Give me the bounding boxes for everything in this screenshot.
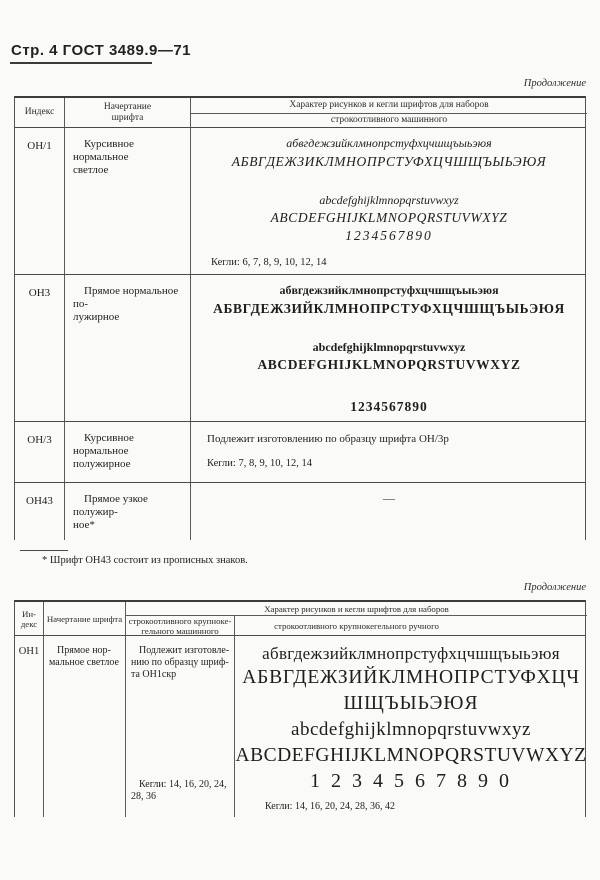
specimen-latin-uppercase: ABCDEFGHIJKLMNOPQRSTUVWXYZ bbox=[271, 209, 508, 226]
table1-continuation-label: Продолжение bbox=[524, 78, 586, 89]
specimen-cyrillic-uppercase-1: АБВГДЕЖЗИЙКЛМНОПРСТУФХЦЧ bbox=[242, 665, 580, 691]
document-page: Стр. 4 ГОСТ 3489.9—71 Продолжение Индекс… bbox=[0, 0, 600, 880]
table2-header-sub-hand: строкоотливного крупнокегельного ручного bbox=[235, 616, 478, 635]
specimen-cyrillic-lowercase: абвгдежзийклмнопрстуфхцчшщъыьэюя bbox=[286, 136, 491, 151]
row2-on1-index: ОН1 bbox=[15, 636, 44, 817]
table-row: ОН1 Прямое нор- мальное светлое Подлежит… bbox=[15, 635, 585, 817]
specimen-digits: 1234567890 bbox=[350, 399, 428, 414]
specimen-latin-uppercase: ABCDEFGHIJKLMNOPQRSTUVWXYZ bbox=[235, 743, 586, 768]
row2-on1-specimens: абвгдежзийклмнопрстуфхцчшщъыьэюя АБВГДЕЖ… bbox=[235, 636, 587, 817]
table2-header-character-span: Характер рисунков и кегли шрифтов для на… bbox=[126, 602, 587, 616]
table-row: ОН/3 Курсивное нормальное полужирное Под… bbox=[15, 421, 585, 482]
row-on1-sizes: Кегли: 6, 7, 8, 9, 10, 12, 14 bbox=[191, 257, 326, 268]
table2-header-row: Ин- декс Начертание шрифта Характер рису… bbox=[15, 602, 585, 635]
row2-on1-machine-note: Подлежит изготовле- нию по образцу шриф-… bbox=[126, 636, 234, 681]
table1-header-index: Индекс bbox=[15, 98, 65, 127]
specimen-cyrillic-uppercase: АБВГДЕЖЗИКЛМНОПРСТУФХЦЧШЩЪЫЬЭЮЯ bbox=[232, 153, 546, 170]
specimen-cyrillic-lowercase: абвгдежзийклмнопрстуфхцчшщъыьэюя bbox=[279, 283, 498, 298]
table-row: ОН3 Прямое нормальное по- лужирное абвгд… bbox=[15, 274, 585, 421]
row-on3-specimens: абвгдежзийклмнопрстуфхцчшщъыьэюя АБВГДЕЖ… bbox=[191, 275, 587, 421]
page-title: Стр. 4 ГОСТ 3489.9—71 bbox=[11, 42, 191, 59]
table-row: ОН/1 Курсивное нормальное светлое абвгде… bbox=[15, 127, 585, 274]
row-on1-typeface: Курсивное нормальное светлое bbox=[65, 128, 191, 274]
row-on1-index: ОН/1 bbox=[15, 128, 65, 274]
specimen-digits: 1 2 3 4 5 6 7 8 9 0 bbox=[310, 768, 512, 794]
row-on-slash-3-typeface: Курсивное нормальное полужирное bbox=[65, 422, 191, 482]
row2-on1-machine-sizes: Кегли: 14, 16, 20, 24, 28, 36 bbox=[131, 779, 226, 803]
table2-header-subcolumns: строкоотливного крупноке- гельного машин… bbox=[126, 616, 587, 635]
row-on43-index: ОН43 bbox=[15, 483, 65, 540]
table1-header-typeface: Начертание шрифта bbox=[65, 98, 191, 127]
table2-header-character: Характер рисунков и кегли шрифтов для на… bbox=[126, 602, 587, 635]
row2-on1-machine-cell: Подлежит изготовле- нию по образцу шриф-… bbox=[126, 636, 235, 817]
row-on3-typeface: Прямое нормальное по- лужирное bbox=[65, 275, 191, 421]
row-on1-specimens: абвгдежзийклмнопрстуфхцчшщъыьэюя АБВГДЕЖ… bbox=[191, 128, 587, 274]
specimen-cyrillic-uppercase: АБВГДЕЖЗИЙКЛМНОПРСТУФХЦЧШЩЪЫЬЭЮЯ bbox=[213, 300, 565, 317]
row-on3-index: ОН3 bbox=[15, 275, 65, 421]
table1-header-row: Индекс Начертание шрифта Характер рисунк… bbox=[15, 98, 585, 127]
table-row: ОН43 Прямое узкое полужир- ное* — bbox=[15, 482, 585, 540]
row-on43-typeface: Прямое узкое полужир- ное* bbox=[65, 483, 191, 540]
table1-header-character-span: Характер рисунков и кегли шрифтов для на… bbox=[191, 98, 587, 114]
specimen-cyrillic-lowercase: абвгдежзийклмнопрстуфхцчшщъыьэюя bbox=[262, 642, 560, 665]
page-title-underline bbox=[10, 62, 152, 64]
row2-on1-typeface: Прямое нор- мальное светлое bbox=[44, 636, 126, 817]
table1: Индекс Начертание шрифта Характер рисунк… bbox=[14, 96, 586, 540]
specimen-cyrillic-uppercase-2: ШЩЪЫЬЭЮЯ bbox=[344, 691, 479, 717]
table2-continuation-label: Продолжение bbox=[524, 582, 586, 593]
row-on43-empty-dash: — bbox=[191, 483, 587, 540]
row-on-slash-3-note: Подлежит изготовлению по образцу шрифта … bbox=[207, 433, 579, 445]
row-on-slash-3-index: ОН/3 bbox=[15, 422, 65, 482]
table2-header-index: Ин- декс bbox=[15, 602, 44, 635]
row-on-slash-3-sizes: Кегли: 7, 8, 9, 10, 12, 14 bbox=[207, 458, 579, 469]
specimen-latin-lowercase: abcdefghijklmnopqrstuvwxyz bbox=[319, 193, 458, 208]
footnote-rule bbox=[20, 550, 68, 551]
table2-header-typeface: Начертание шрифта bbox=[44, 602, 126, 635]
table1-header-character: Характер рисунков и кегли шрифтов для на… bbox=[191, 98, 587, 127]
specimen-latin-lowercase: abcdefghijklmnopqrstuvwxyz bbox=[291, 717, 531, 743]
table2: Ин- декс Начертание шрифта Характер рису… bbox=[14, 600, 586, 817]
specimen-latin-uppercase: ABCDEFGHIJKLMNOPQRSTUVWXYZ bbox=[257, 356, 520, 373]
specimen-digits: 1234567890 bbox=[345, 227, 433, 244]
table1-header-subcolumn: строкоотливного машинного bbox=[191, 114, 587, 127]
row-on-slash-3-note-cell: Подлежит изготовлению по образцу шрифта … bbox=[191, 422, 587, 482]
table2-header-sub-machine: строкоотливного крупноке- гельного машин… bbox=[126, 616, 235, 635]
footnote-text: * Шрифт ОН43 состоит из прописных знаков… bbox=[42, 555, 248, 566]
row2-on1-sizes: Кегли: 14, 16, 20, 24, 28, 36, 42 bbox=[235, 801, 395, 812]
specimen-latin-lowercase: abcdefghijklmnopqrstuvwxyz bbox=[313, 340, 466, 355]
